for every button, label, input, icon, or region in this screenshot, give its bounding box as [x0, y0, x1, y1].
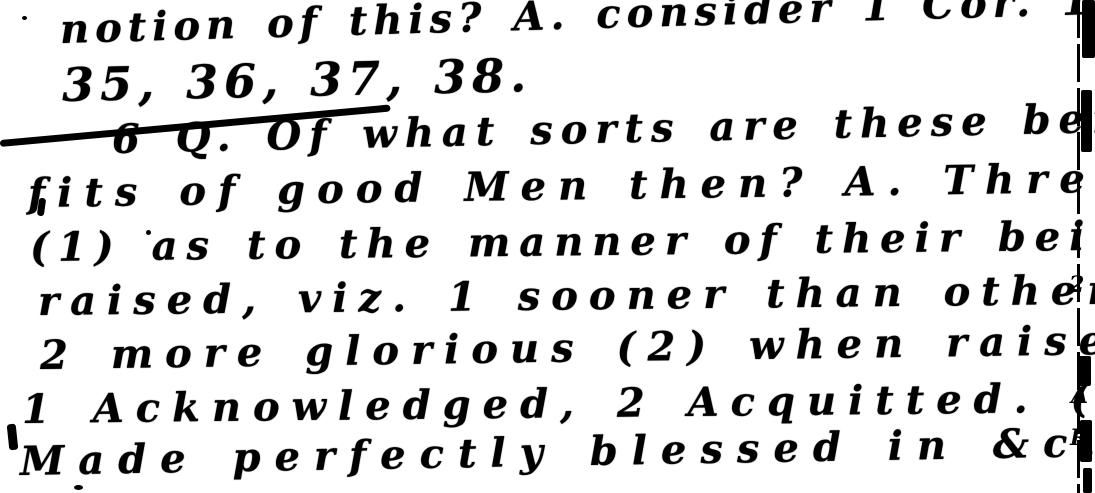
ink-speck	[7, 424, 19, 451]
ink-speck	[146, 230, 151, 235]
manuscript-line-7: 2 more glorious (2) when raised,	[40, 316, 1095, 379]
manuscript-line-6: raised, viz. 1 sooner than others	[38, 266, 1095, 325]
edge-letter-fragment: A	[1071, 383, 1088, 409]
ink-speck	[22, 16, 27, 20]
manuscript-page: notion of this? A. consider 1 Cor. 15 35…	[0, 0, 1095, 493]
manuscript-line-2: 35, 36, 37, 38.	[61, 48, 532, 112]
ink-blob	[1082, 0, 1095, 58]
manuscript-line-1: notion of this? A. consider 1 Cor. 15	[59, 0, 1095, 53]
manuscript-line-5: (1) as to the manner of their being	[30, 212, 1095, 271]
ink-blob	[1083, 468, 1092, 493]
ink-speck	[74, 485, 83, 490]
binding-edge-line	[1077, 0, 1080, 493]
ink-blob	[1078, 356, 1091, 386]
edge-letter-fragment: 2	[1069, 272, 1084, 298]
edge-letter-fragment: R	[1070, 425, 1088, 451]
manuscript-line-4: fits of good Men then? A. Three,	[28, 154, 1095, 217]
ink-blob	[1081, 90, 1092, 152]
page-binding-edge: 2 A R	[1073, 0, 1095, 493]
